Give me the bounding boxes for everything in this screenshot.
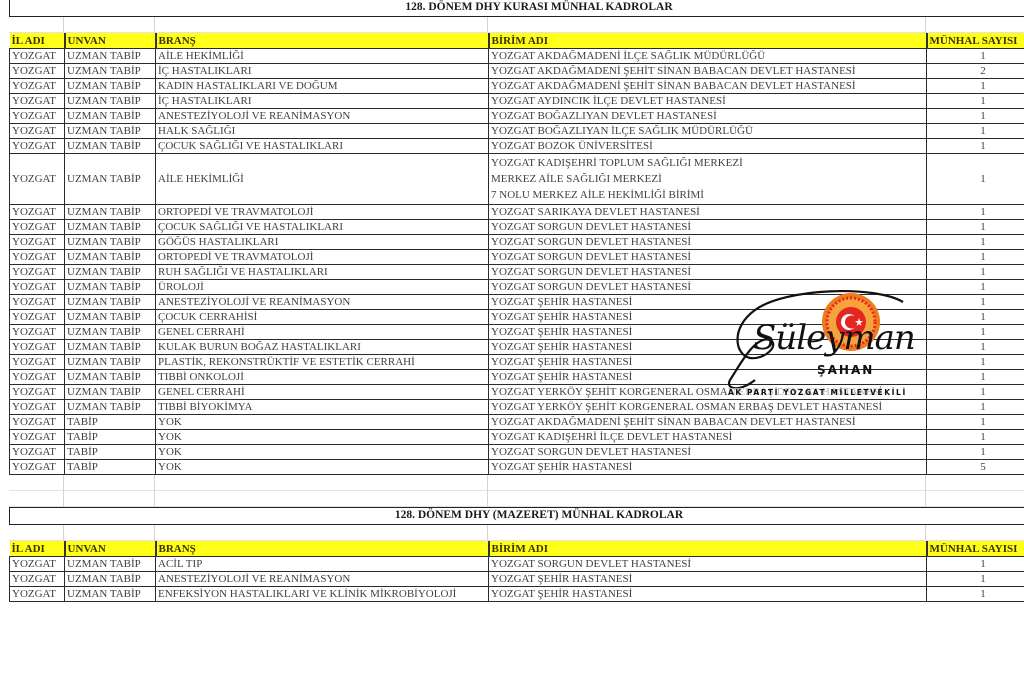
table-row: YOZGATUZMAN TABİPTIBBİ BİYOKİMYAYOZGAT Y… [10, 400, 1024, 415]
unit-cell: YOZGAT AKDAĞMADENİ ŞEHİT SİNAN BABACAN D… [489, 64, 927, 79]
blank-grid-row [9, 475, 1024, 491]
province-cell: YOZGAT [10, 385, 65, 400]
title-cell: UZMAN TABİP [65, 310, 156, 325]
title-cell: UZMAN TABİP [65, 79, 156, 94]
province-cell: YOZGAT [10, 340, 65, 355]
table-row: YOZGATUZMAN TABİPORTOPEDİ VE TRAVMATOLOJ… [10, 205, 1024, 220]
blank-grid-row [9, 17, 1024, 33]
unit-cell: YOZGAT SORGUN DEVLET HASTANESİ [489, 445, 927, 460]
unit-cell: YOZGAT ŞEHİR HASTANESİ [489, 310, 927, 325]
title-cell: UZMAN TABİP [65, 205, 156, 220]
province-cell: YOZGAT [10, 109, 65, 124]
province-cell: YOZGAT [10, 250, 65, 265]
title-cell: UZMAN TABİP [65, 64, 156, 79]
blank-grid-row [9, 491, 1024, 507]
province-cell: YOZGAT [10, 557, 65, 572]
table-row: YOZGATTABİPYOKYOZGAT KADIŞEHRİ İLÇE DEVL… [10, 430, 1024, 445]
branch-cell: PLASTİK, REKONSTRÜKTİF VE ESTETİK CERRAH… [156, 355, 489, 370]
title-cell: UZMAN TABİP [65, 400, 156, 415]
title-cell: UZMAN TABİP [65, 220, 156, 235]
title-cell: UZMAN TABİP [65, 250, 156, 265]
branch-cell: TIBBİ BİYOKİMYA [156, 400, 489, 415]
unit-cell: YOZGAT KADIŞEHRİ TOPLUM SAĞLIĞI MERKEZİ … [489, 154, 927, 205]
column-header: UNVAN [65, 33, 156, 49]
vacancy-count-cell: 5 [927, 460, 1024, 475]
province-cell: YOZGAT [10, 94, 65, 109]
province-cell: YOZGAT [10, 310, 65, 325]
table-row: YOZGATUZMAN TABİPGENEL CERRAHİYOZGAT YER… [10, 385, 1024, 400]
vacancy-count-cell: 1 [927, 49, 1024, 64]
branch-cell: ENFEKSİYON HASTALIKLARI VE KLİNİK MİKROB… [156, 587, 489, 602]
title-cell: TABİP [65, 445, 156, 460]
vacancy-count-cell: 1 [927, 572, 1024, 587]
vacancy-count-cell: 1 [927, 310, 1024, 325]
table2-title: 128. DÖNEM DHY (MAZERET) MÜNHAL KADROLAR [9, 507, 1024, 525]
spreadsheet: 128. DÖNEM DHY KURASI MÜNHAL KADROLAR İL… [9, 0, 1024, 602]
unit-cell: YOZGAT SORGUN DEVLET HASTANESİ [489, 557, 927, 572]
table-row: YOZGATUZMAN TABİPİÇ HASTALIKLARIYOZGAT A… [10, 94, 1024, 109]
branch-cell: ORTOPEDİ VE TRAVMATOLOJİ [156, 250, 489, 265]
branch-cell: ORTOPEDİ VE TRAVMATOLOJİ [156, 205, 489, 220]
province-cell: YOZGAT [10, 445, 65, 460]
vacancy-count-cell: 1 [927, 124, 1024, 139]
unit-cell: YOZGAT YERKÖY ŞEHİT KORGENERAL OSMAN ERB… [489, 400, 927, 415]
branch-cell: İÇ HASTALIKLARI [156, 64, 489, 79]
vacancy-count-cell: 1 [927, 400, 1024, 415]
unit-cell: YOZGAT AKDAĞMADENİ İLÇE SAĞLIK MÜDÜRLÜĞÜ [489, 49, 927, 64]
table-row: YOZGATTABİPYOKYOZGAT AKDAĞMADENİ ŞEHİT S… [10, 415, 1024, 430]
province-cell: YOZGAT [10, 430, 65, 445]
vacancy-table-main: İL ADIUNVANBRANŞBİRİM ADIMÜNHAL SAYISI Y… [9, 33, 1024, 475]
province-cell: YOZGAT [10, 220, 65, 235]
table-row: YOZGATUZMAN TABİPANESTEZİYOLOJİ VE REANİ… [10, 572, 1024, 587]
unit-cell: YOZGAT ŞEHİR HASTANESİ [489, 355, 927, 370]
title-cell: UZMAN TABİP [65, 154, 156, 205]
table-row: YOZGATUZMAN TABİPTIBBİ ONKOLOJİYOZGAT ŞE… [10, 370, 1024, 385]
province-cell: YOZGAT [10, 460, 65, 475]
vacancy-count-cell: 1 [927, 557, 1024, 572]
table-row: YOZGATUZMAN TABİPANESTEZİYOLOJİ VE REANİ… [10, 295, 1024, 310]
branch-cell: ANESTEZİYOLOJİ VE REANİMASYON [156, 572, 489, 587]
province-cell: YOZGAT [10, 355, 65, 370]
title-cell: UZMAN TABİP [65, 265, 156, 280]
branch-cell: ANESTEZİYOLOJİ VE REANİMASYON [156, 295, 489, 310]
province-cell: YOZGAT [10, 295, 65, 310]
unit-cell: YOZGAT AKDAĞMADENİ ŞEHİT SİNAN BABACAN D… [489, 415, 927, 430]
branch-cell: İÇ HASTALIKLARI [156, 94, 489, 109]
table-row: YOZGATUZMAN TABİPAİLE HEKİMLİĞİYOZGAT KA… [10, 154, 1024, 205]
unit-cell: YOZGAT ŞEHİR HASTANESİ [489, 370, 927, 385]
branch-cell: ÇOCUK CERRAHİSİ [156, 310, 489, 325]
column-header: MÜNHAL SAYISI [927, 33, 1024, 49]
vacancy-count-cell: 1 [927, 94, 1024, 109]
column-header: BİRİM ADI [489, 541, 927, 557]
branch-cell: ÇOCUK SAĞLIĞI VE HASTALIKLARI [156, 220, 489, 235]
unit-cell: YOZGAT AKDAĞMADENİ ŞEHİT SİNAN BABACAN D… [489, 79, 927, 94]
province-cell: YOZGAT [10, 49, 65, 64]
vacancy-count-cell: 1 [927, 235, 1024, 250]
title-cell: UZMAN TABİP [65, 280, 156, 295]
title-cell: UZMAN TABİP [65, 109, 156, 124]
branch-cell: YOK [156, 445, 489, 460]
title-cell: UZMAN TABİP [65, 385, 156, 400]
province-cell: YOZGAT [10, 415, 65, 430]
province-cell: YOZGAT [10, 139, 65, 154]
title-cell: UZMAN TABİP [65, 572, 156, 587]
unit-cell: YOZGAT SORGUN DEVLET HASTANESİ [489, 235, 927, 250]
branch-cell: AİLE HEKİMLİĞİ [156, 49, 489, 64]
title-cell: TABİP [65, 460, 156, 475]
title-cell: UZMAN TABİP [65, 557, 156, 572]
title-cell: UZMAN TABİP [65, 139, 156, 154]
unit-cell: YOZGAT SORGUN DEVLET HASTANESİ [489, 265, 927, 280]
table-row: YOZGATTABİPYOKYOZGAT ŞEHİR HASTANESİ5 [10, 460, 1024, 475]
table-row: YOZGATUZMAN TABİPÇOCUK SAĞLIĞI VE HASTAL… [10, 220, 1024, 235]
branch-cell: GENEL CERRAHİ [156, 385, 489, 400]
table-row: YOZGATUZMAN TABİPACİL TIPYOZGAT SORGUN D… [10, 557, 1024, 572]
unit-cell: YOZGAT SORGUN DEVLET HASTANESİ [489, 250, 927, 265]
vacancy-count-cell: 1 [927, 79, 1024, 94]
branch-cell: AİLE HEKİMLİĞİ [156, 154, 489, 205]
title-cell: UZMAN TABİP [65, 587, 156, 602]
table-row: YOZGATUZMAN TABİPÇOCUK SAĞLIĞI VE HASTAL… [10, 139, 1024, 154]
unit-cell: YOZGAT ŞEHİR HASTANESİ [489, 340, 927, 355]
branch-cell: YOK [156, 415, 489, 430]
column-header: MÜNHAL SAYISI [927, 541, 1024, 557]
province-cell: YOZGAT [10, 64, 65, 79]
unit-cell: YOZGAT ŞEHİR HASTANESİ [489, 572, 927, 587]
unit-cell: YOZGAT ŞEHİR HASTANESİ [489, 460, 927, 475]
vacancy-count-cell: 1 [927, 370, 1024, 385]
title-cell: UZMAN TABİP [65, 295, 156, 310]
table-row: YOZGATUZMAN TABİPPLASTİK, REKONSTRÜKTİF … [10, 355, 1024, 370]
vacancy-count-cell: 1 [927, 109, 1024, 124]
vacancy-count-cell: 1 [927, 325, 1024, 340]
title-cell: TABİP [65, 430, 156, 445]
branch-cell: KADIN HASTALIKLARI VE DOĞUM [156, 79, 489, 94]
blank-grid-row [9, 525, 1024, 541]
vacancy-count-cell: 1 [927, 445, 1024, 460]
vacancy-count-cell: 1 [927, 154, 1024, 205]
vacancy-count-cell: 1 [927, 355, 1024, 370]
province-cell: YOZGAT [10, 280, 65, 295]
unit-cell: YOZGAT BOZOK ÜNİVERSİTESİ [489, 139, 927, 154]
unit-cell: YOZGAT AYDINCIK İLÇE DEVLET HASTANESİ [489, 94, 927, 109]
column-header: BRANŞ [156, 33, 489, 49]
table-row: YOZGATUZMAN TABİPGÖĞÜS HASTALIKLARIYOZGA… [10, 235, 1024, 250]
unit-cell: YOZGAT SORGUN DEVLET HASTANESİ [489, 220, 927, 235]
unit-cell: YOZGAT SARIKAYA DEVLET HASTANESİ [489, 205, 927, 220]
table-row: YOZGATUZMAN TABİPİÇ HASTALIKLARIYOZGAT A… [10, 64, 1024, 79]
vacancy-count-cell: 1 [927, 265, 1024, 280]
province-cell: YOZGAT [10, 124, 65, 139]
unit-cell: YOZGAT KADIŞEHRİ İLÇE DEVLET HASTANESİ [489, 430, 927, 445]
vacancy-count-cell: 1 [927, 205, 1024, 220]
table-row: YOZGATUZMAN TABİPRUH SAĞLIĞI VE HASTALIK… [10, 265, 1024, 280]
title-cell: UZMAN TABİP [65, 94, 156, 109]
vacancy-count-cell: 1 [927, 139, 1024, 154]
vacancy-count-cell: 1 [927, 385, 1024, 400]
branch-cell: GÖĞÜS HASTALIKLARI [156, 235, 489, 250]
unit-cell: YOZGAT ŞEHİR HASTANESİ [489, 295, 927, 310]
province-cell: YOZGAT [10, 79, 65, 94]
branch-cell: RUH SAĞLIĞI VE HASTALIKLARI [156, 265, 489, 280]
column-header: İL ADI [10, 33, 65, 49]
title-cell: TABİP [65, 415, 156, 430]
table-row: YOZGATUZMAN TABİPGENEL CERRAHİYOZGAT ŞEH… [10, 325, 1024, 340]
branch-cell: ÇOCUK SAĞLIĞI VE HASTALIKLARI [156, 139, 489, 154]
title-cell: UZMAN TABİP [65, 124, 156, 139]
column-header: İL ADI [10, 541, 65, 557]
table1-title: 128. DÖNEM DHY KURASI MÜNHAL KADROLAR [9, 0, 1024, 17]
table-row: YOZGATUZMAN TABİPANESTEZİYOLOJİ VE REANİ… [10, 109, 1024, 124]
vacancy-count-cell: 2 [927, 64, 1024, 79]
table-row: YOZGATUZMAN TABİPORTOPEDİ VE TRAVMATOLOJ… [10, 250, 1024, 265]
unit-cell: YOZGAT ŞEHİR HASTANESİ [489, 325, 927, 340]
branch-cell: YOK [156, 430, 489, 445]
province-cell: YOZGAT [10, 325, 65, 340]
table-row: YOZGATUZMAN TABİPKADIN HASTALIKLARI VE D… [10, 79, 1024, 94]
branch-cell: ÜROLOJİ [156, 280, 489, 295]
title-cell: UZMAN TABİP [65, 340, 156, 355]
unit-cell: YOZGAT BOĞAZLIYAN DEVLET HASTANESİ [489, 109, 927, 124]
table-row: YOZGATUZMAN TABİPHALK SAĞLIĞIYOZGAT BOĞA… [10, 124, 1024, 139]
unit-cell: YOZGAT ŞEHİR HASTANESİ [489, 587, 927, 602]
table-row: YOZGATUZMAN TABİPÜROLOJİYOZGAT SORGUN DE… [10, 280, 1024, 295]
vacancy-count-cell: 1 [927, 430, 1024, 445]
table-row: YOZGATTABİPYOKYOZGAT SORGUN DEVLET HASTA… [10, 445, 1024, 460]
branch-cell: ACİL TIP [156, 557, 489, 572]
province-cell: YOZGAT [10, 205, 65, 220]
table-row: YOZGATUZMAN TABİPAİLE HEKİMLİĞİYOZGAT AK… [10, 49, 1024, 64]
branch-cell: GENEL CERRAHİ [156, 325, 489, 340]
unit-cell: YOZGAT YERKÖY ŞEHİT KORGENERAL OSMAN ERB… [489, 385, 927, 400]
title-cell: UZMAN TABİP [65, 235, 156, 250]
vacancy-count-cell: 1 [927, 280, 1024, 295]
title-cell: UZMAN TABİP [65, 325, 156, 340]
branch-cell: YOK [156, 460, 489, 475]
branch-cell: KULAK BURUN BOĞAZ HASTALIKLARI [156, 340, 489, 355]
table-row: YOZGATUZMAN TABİPENFEKSİYON HASTALIKLARI… [10, 587, 1024, 602]
title-cell: UZMAN TABİP [65, 355, 156, 370]
unit-cell: YOZGAT SORGUN DEVLET HASTANESİ [489, 280, 927, 295]
table-row: YOZGATUZMAN TABİPÇOCUK CERRAHİSİYOZGAT Ş… [10, 310, 1024, 325]
vacancy-count-cell: 1 [927, 250, 1024, 265]
province-cell: YOZGAT [10, 400, 65, 415]
column-header: BRANŞ [156, 541, 489, 557]
province-cell: YOZGAT [10, 154, 65, 205]
table1-header: İL ADIUNVANBRANŞBİRİM ADIMÜNHAL SAYISI [10, 33, 1024, 49]
branch-cell: TIBBİ ONKOLOJİ [156, 370, 489, 385]
vacancy-table-excuse: İL ADIUNVANBRANŞBİRİM ADIMÜNHAL SAYISI Y… [9, 541, 1024, 602]
branch-cell: ANESTEZİYOLOJİ VE REANİMASYON [156, 109, 489, 124]
unit-cell: YOZGAT BOĞAZLIYAN İLÇE SAĞLIK MÜDÜRLÜĞÜ [489, 124, 927, 139]
title-cell: UZMAN TABİP [65, 49, 156, 64]
title-cell: UZMAN TABİP [65, 370, 156, 385]
province-cell: YOZGAT [10, 572, 65, 587]
table-row: YOZGATUZMAN TABİPKULAK BURUN BOĞAZ HASTA… [10, 340, 1024, 355]
table2-header: İL ADIUNVANBRANŞBİRİM ADIMÜNHAL SAYISI [10, 541, 1024, 557]
column-header: BİRİM ADI [489, 33, 927, 49]
vacancy-count-cell: 1 [927, 587, 1024, 602]
province-cell: YOZGAT [10, 370, 65, 385]
vacancy-count-cell: 1 [927, 415, 1024, 430]
vacancy-count-cell: 1 [927, 340, 1024, 355]
province-cell: YOZGAT [10, 235, 65, 250]
branch-cell: HALK SAĞLIĞI [156, 124, 489, 139]
vacancy-count-cell: 1 [927, 295, 1024, 310]
province-cell: YOZGAT [10, 265, 65, 280]
vacancy-count-cell: 1 [927, 220, 1024, 235]
province-cell: YOZGAT [10, 587, 65, 602]
column-header: UNVAN [65, 541, 156, 557]
